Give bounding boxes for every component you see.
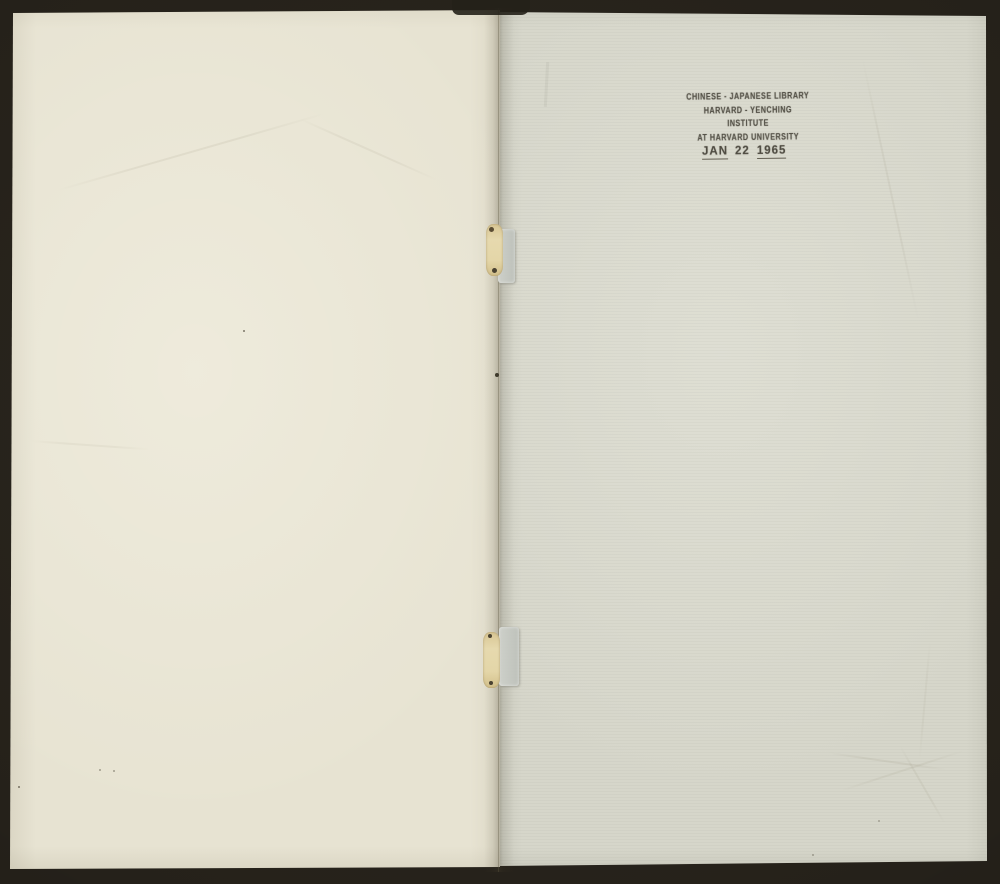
paper-speck	[18, 786, 20, 788]
binding-top-notch	[452, 0, 530, 15]
tape-speck	[488, 634, 492, 638]
tape-speck	[489, 227, 494, 232]
date-stamp-year: 1965	[757, 145, 787, 159]
date-stamp: JAN221965	[702, 144, 812, 158]
paper-speck	[495, 373, 499, 377]
library-stamp: CHINESE - JAPANESE LIBRARY HARVARD - YEN…	[684, 89, 813, 145]
date-stamp-day: 22	[735, 145, 750, 157]
paper-speck	[878, 820, 880, 822]
tape-speck	[489, 681, 493, 685]
left-page	[8, 8, 500, 872]
library-stamp-line1: CHINESE - JAPANESE LIBRARY	[684, 89, 812, 104]
library-stamp-line3: AT HARVARD UNIVERSITY	[684, 130, 812, 145]
date-stamp-month: JAN	[702, 145, 728, 159]
tape-gray-piece	[499, 627, 519, 686]
paper-speck	[99, 769, 101, 771]
book-gutter-shadow	[484, 8, 514, 872]
book-scan: CHINESE - JAPANESE LIBRARY HARVARD - YEN…	[0, 0, 1000, 884]
book-gutter-seam	[498, 8, 499, 872]
paper-speck	[243, 330, 245, 332]
tape-tan-piece	[483, 632, 500, 688]
paper-speck	[113, 770, 115, 772]
paper-speck	[812, 854, 814, 856]
library-stamp-line2: HARVARD - YENCHING INSTITUTE	[684, 103, 812, 132]
tape-speck	[492, 268, 497, 273]
